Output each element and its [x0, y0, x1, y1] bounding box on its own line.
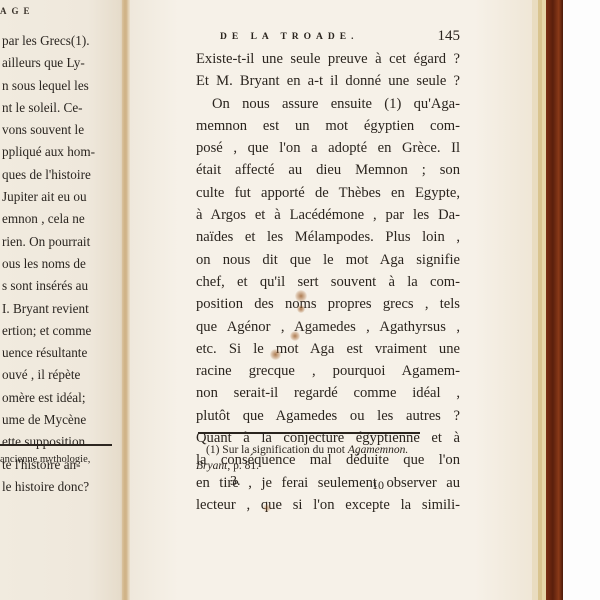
- text-line: rien. On pourrait: [2, 231, 122, 253]
- text-line: Jupiter ait eu ou: [2, 186, 122, 208]
- footnote-term: Agamemnon.: [348, 444, 408, 456]
- text-line: memnon est un mot égyptien com-: [196, 115, 460, 137]
- signature-number: 10: [372, 478, 384, 493]
- text-line: s sont insérés au: [2, 275, 122, 297]
- text-line: à Argos et à Lacédémone , par les Da-: [196, 204, 460, 226]
- text-line: nt le soleil. Ce-: [2, 97, 122, 119]
- text-line: lecteur , que si l'on excepte la simili-: [196, 494, 460, 516]
- text-line: ouvé , il répète: [2, 364, 122, 386]
- text-line: omère est idéal;: [2, 387, 122, 409]
- open-book: AGE par les Grecs(1). ailleurs que Ly- n…: [0, 0, 600, 600]
- text-line: le histoire donc?: [2, 476, 122, 498]
- text-line: ume de Mycène: [2, 409, 122, 431]
- text-line: était affecté au dieu Memnon ; son: [196, 159, 460, 181]
- text-line: naïdes et les Mélampodes. Plus loin ,: [196, 226, 460, 248]
- text-line: plutôt que Agamedes ou les autres ?: [196, 405, 460, 427]
- text-line: posé , que l'on a adopté en Grèce. Il: [196, 137, 460, 159]
- signature-mark: 3.: [230, 474, 241, 490]
- leather-cover: [546, 0, 563, 600]
- foxing-spot: [270, 349, 281, 360]
- text-line: vons souvent le: [2, 119, 122, 141]
- text-line: on nous dit que le mot Aga signifie: [196, 249, 460, 271]
- footnote-marker: (1): [206, 444, 219, 456]
- footnote-rule: [198, 432, 420, 434]
- right-running-head: DE LA TROADE. 145: [198, 28, 460, 46]
- left-running-head: AGE: [0, 6, 35, 16]
- footnote: (1) Sur la signification du mot Agamemno…: [206, 442, 466, 474]
- foxing-spot: [263, 504, 271, 512]
- text-line: ppliqué aux hom-: [2, 141, 122, 163]
- foxing-spot: [295, 290, 307, 302]
- footnote-author: Bryant: [196, 460, 227, 472]
- text-line: que Agénor , Agamedes , Agathyrsus ,: [196, 316, 460, 338]
- footnote-line-2: Bryant, p. 81.: [196, 458, 466, 474]
- foxing-spot: [290, 331, 300, 341]
- left-footnote-rule: [0, 444, 112, 446]
- text-line: emnon , cela ne: [2, 208, 122, 230]
- text-line: I. Bryant revient: [2, 298, 122, 320]
- left-page-text: par les Grecs(1). ailleurs que Ly- n sou…: [2, 30, 122, 498]
- background: [563, 0, 600, 600]
- text-line: racine grecque , pourquoi Agamem-: [196, 360, 460, 382]
- text-line: ailleurs que Ly-: [2, 52, 122, 74]
- text-line: non serait-il regardé comme idéal ,: [196, 382, 460, 404]
- left-footnote: ancienne mythologie,: [0, 454, 122, 465]
- text-line: uence résultante: [2, 342, 122, 364]
- running-title: DE LA TROADE.: [220, 32, 358, 42]
- text-line: Existe-t-il une seule preuve à cet égard…: [196, 48, 460, 70]
- text-line: ques de l'histoire: [2, 164, 122, 186]
- text-line: n sous lequel les: [2, 75, 122, 97]
- text-line: Et M. Bryant en a-t il donné une seule ?: [196, 70, 460, 92]
- text-line: culte fut apporté de Thèbes en Egypte,: [196, 182, 460, 204]
- footnote-text: Sur la signification du mot: [222, 444, 345, 456]
- text-line: position des noms propres grecs , tels: [196, 293, 460, 315]
- text-line: On nous assure ensuite (1) qu'Aga-: [196, 93, 460, 115]
- left-page: AGE par les Grecs(1). ailleurs que Ly- n…: [0, 0, 125, 600]
- footnote-line-1: (1) Sur la signification du mot Agamemno…: [206, 442, 466, 458]
- text-line: etc. Si le mot Aga est vraiment une: [196, 338, 460, 360]
- text-line: ous les noms de: [2, 253, 122, 275]
- text-line: ertion; et comme: [2, 320, 122, 342]
- page-number: 145: [438, 28, 461, 45]
- text-line: ette supposition: [2, 431, 122, 453]
- text-line: par les Grecs(1).: [2, 30, 122, 52]
- text-line: chef, et qu'il sert souvent à la com-: [196, 271, 460, 293]
- foxing-spot: [297, 305, 305, 313]
- footnote-reference: , p. 81.: [227, 460, 259, 472]
